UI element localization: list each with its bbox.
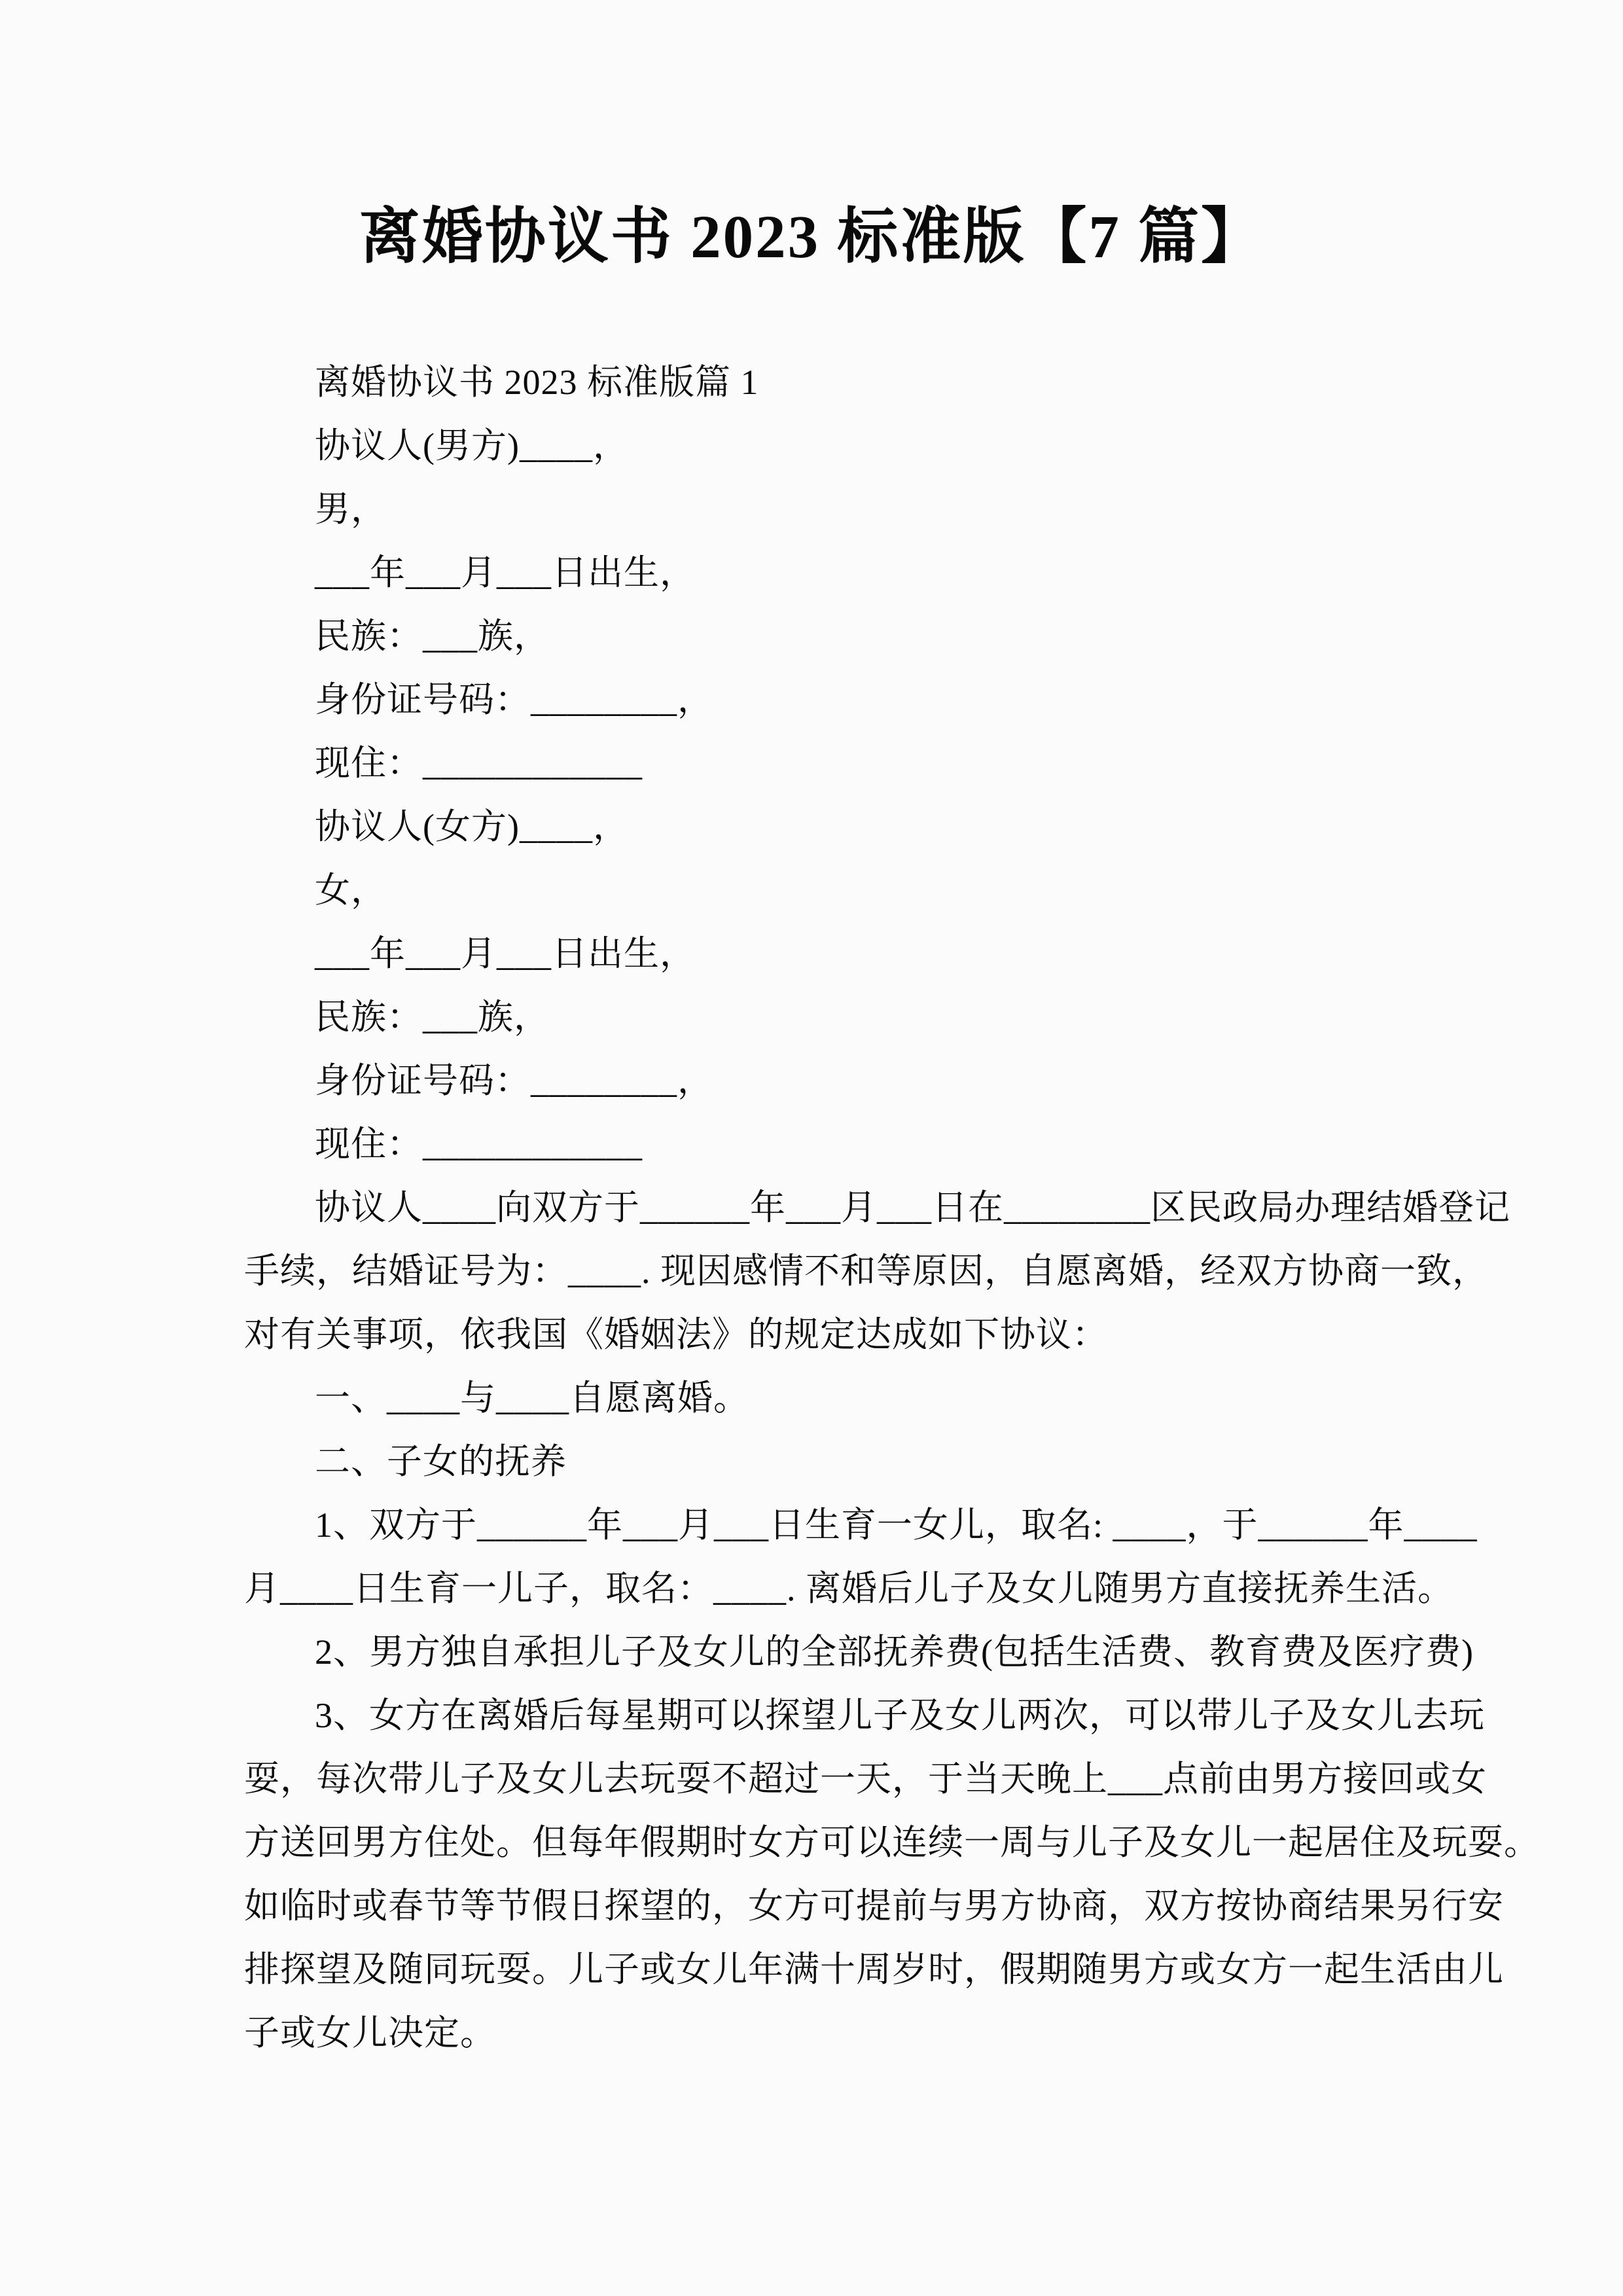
body-line: 一、____与____自愿离婚。 bbox=[244, 1367, 1419, 1430]
body-line: 离婚协议书 2023 标准版篇 1 bbox=[244, 351, 1419, 414]
body-line: 手续，结婚证号为：____. 现因感情不和等原因，自愿离婚，经双方协商一致， bbox=[244, 1240, 1419, 1303]
body-line: 1、双方于______年___月___日生育一女儿，取名: ____，于____… bbox=[244, 1494, 1419, 1557]
body-line: 女， bbox=[244, 859, 1419, 922]
body-line: 如临时或春节等节假日探望的，女方可提前与男方协商，双方按协商结果另行安 bbox=[244, 1874, 1419, 1938]
body-line: 身份证号码：________， bbox=[244, 668, 1419, 732]
body-line: 协议人(男方)____， bbox=[244, 414, 1419, 478]
body-line: 耍，每次带儿子及女儿去玩耍不超过一天，于当天晚上___点前由男方接回或女 bbox=[244, 1748, 1419, 1811]
body-line: 方送回男方住处。但每年假期时女方可以连续一周与儿子及女儿一起居住及玩耍。 bbox=[244, 1811, 1419, 1874]
body-line: 现住：____________ bbox=[244, 1113, 1419, 1176]
body-line: 2、男方独自承担儿子及女儿的全部抚养费(包括生活费、教育费及医疗费) bbox=[244, 1621, 1419, 1684]
body-line: 3、女方在离婚后每星期可以探望儿子及女儿两次，可以带儿子及女儿去玩 bbox=[244, 1684, 1419, 1748]
body-line: 民族：___族， bbox=[244, 605, 1419, 668]
body-line: 协议人____向双方于______年___月___日在________区民政局办… bbox=[244, 1176, 1419, 1240]
document-body: 离婚协议书 2023 标准版篇 1协议人(男方)____，男，___年___月_… bbox=[244, 351, 1419, 2065]
body-line: 月____日生育一儿子，取名：____. 离婚后儿子及女儿随男方直接抚养生活。 bbox=[244, 1557, 1419, 1621]
body-line: 现住：____________ bbox=[244, 732, 1419, 795]
body-line: 协议人(女方)____， bbox=[244, 795, 1419, 859]
body-line: 对有关事项，依我国《婚姻法》的规定达成如下协议： bbox=[244, 1303, 1419, 1367]
body-line: 身份证号码：________， bbox=[244, 1049, 1419, 1113]
document-page: 离婚协议书 2023 标准版【7 篇】 离婚协议书 2023 标准版篇 1协议人… bbox=[0, 0, 1623, 2296]
body-line: 二、子女的抚养 bbox=[244, 1430, 1419, 1494]
body-line: 子或女儿决定。 bbox=[244, 2001, 1419, 2065]
body-line: ___年___月___日出生， bbox=[244, 922, 1419, 986]
body-line: 民族：___族， bbox=[244, 986, 1419, 1049]
body-line: 男， bbox=[244, 478, 1419, 541]
body-line: ___年___月___日出生， bbox=[244, 541, 1419, 605]
body-line: 排探望及随同玩耍。儿子或女儿年满十周岁时，假期随男方或女方一起生活由儿 bbox=[244, 1938, 1419, 2001]
page-title: 离婚协议书 2023 标准版【7 篇】 bbox=[0, 202, 1623, 274]
